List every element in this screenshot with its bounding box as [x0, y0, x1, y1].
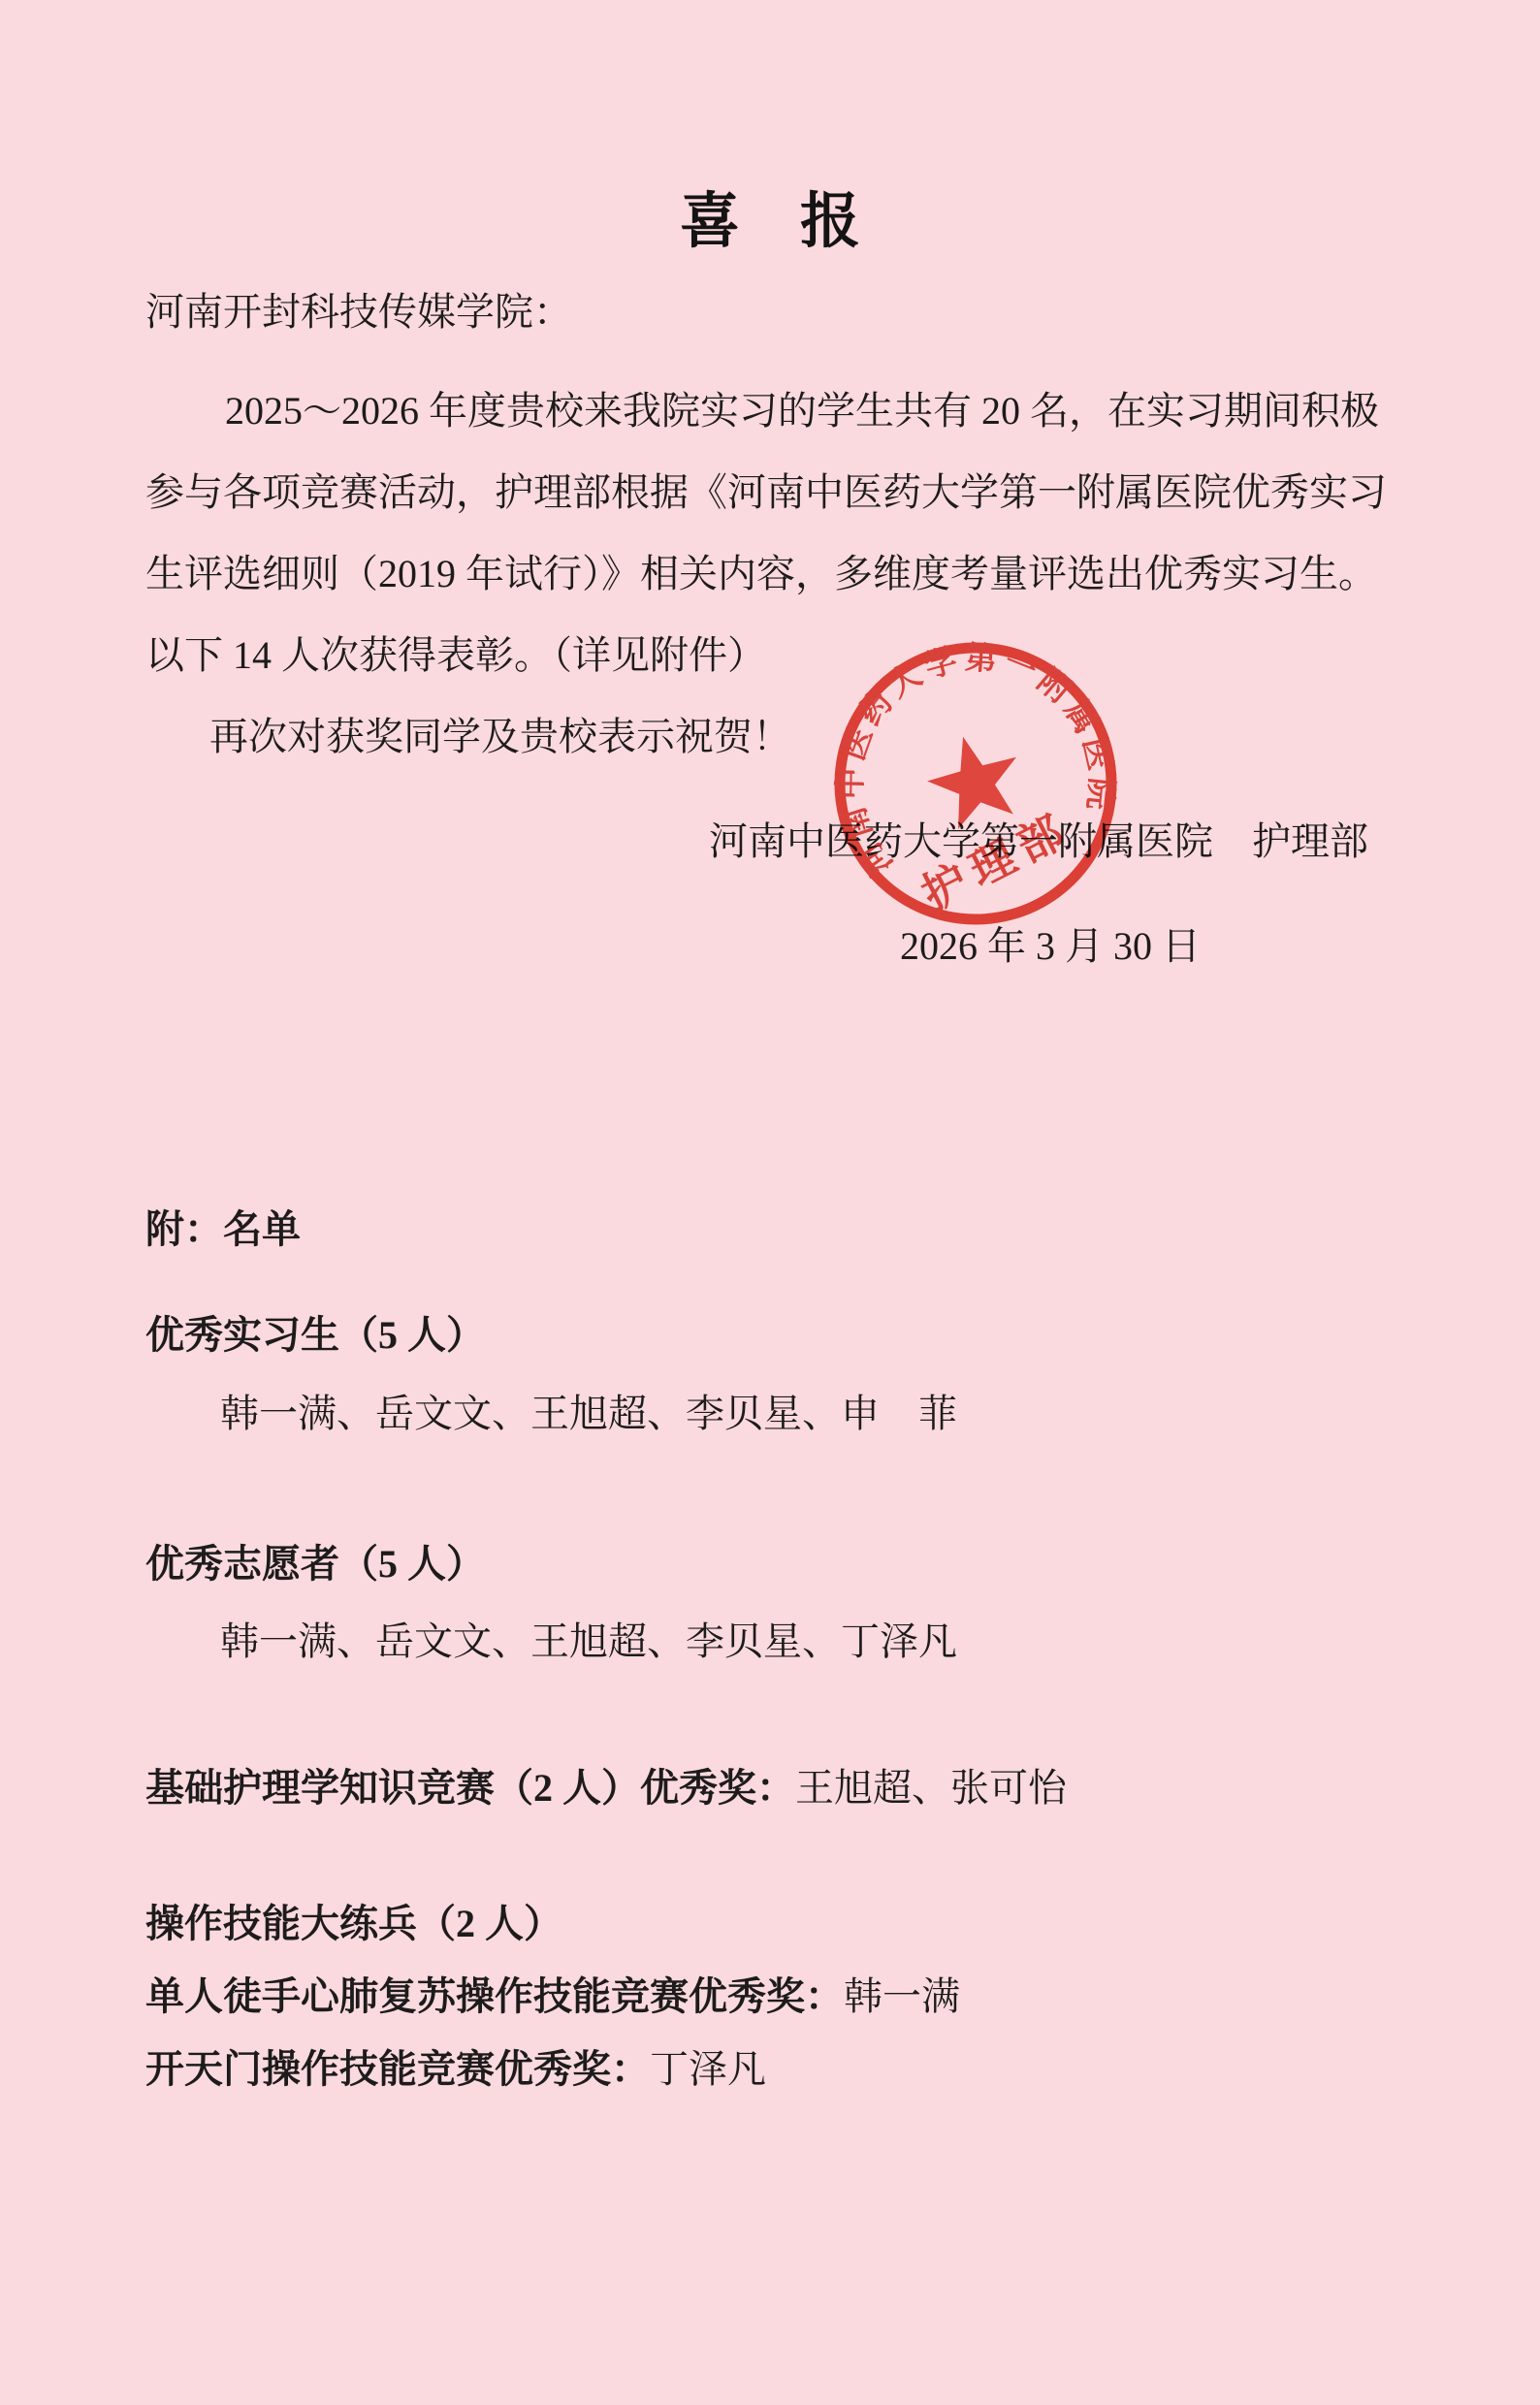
award-winner: 韩一满 [844, 1974, 960, 2018]
section-nursing-knowledge-contest: 基础护理学知识竞赛（2 人）优秀奖：王旭超、张可怡 [145, 1751, 1395, 1824]
notice-page: 喜 报 河南开封科技传媒学院： 2025～2026 年度贵校来我院实习的学生共有… [0, 0, 1540, 2405]
section-names-outstanding-interns: 韩一满、岳文文、王旭超、李贝星、申 菲 [145, 1377, 1395, 1450]
award-line-cpr-contest: 单人徒手心肺复苏操作技能竞赛优秀奖：韩一满 [145, 1960, 1395, 2033]
body-paragraph: 2025～2026 年度贵校来我院实习的学生共有 20 名，在实习期间积极 参与… [145, 370, 1395, 696]
award-line-kaitianmen-contest: 开天门操作技能竞赛优秀奖：丁泽凡 [145, 2033, 1395, 2105]
section-title-outstanding-interns: 优秀实习生（5 人） [145, 1299, 1395, 1371]
award-label: 基础护理学知识竞赛（2 人）优秀奖： [145, 1766, 795, 1810]
award-winner: 丁泽凡 [650, 2047, 766, 2091]
congrats-line: 再次对获奖同学及贵校表示祝贺！ [145, 696, 1395, 778]
award-label: 开天门操作技能竞赛优秀奖： [145, 2047, 650, 2091]
award-label: 单人徒手心肺复苏操作技能竞赛优秀奖： [145, 1974, 844, 2018]
signature-line: 河南中医药大学第一附属医院 护理部 [145, 801, 1395, 882]
attachment-heading: 附：名单 [145, 1193, 1395, 1266]
body-line: 2025～2026 年度贵校来我院实习的学生共有 20 名，在实习期间积极 [145, 370, 1395, 452]
award-winners: 王旭超、张可怡 [795, 1766, 1067, 1810]
body-line: 以下 14 人次获得表彰。（详见附件） [145, 615, 1395, 696]
notice-content: 喜 报 河南开封科技传媒学院： 2025～2026 年度贵校来我院实习的学生共有… [0, 192, 1540, 2105]
body-line: 参与各项竞赛活动，护理部根据《河南中医药大学第一附属医院优秀实习 [145, 452, 1395, 533]
section-title-skills-drill: 操作技能大练兵（2 人） [145, 1887, 1395, 1960]
section-names-outstanding-volunteers: 韩一满、岳文文、王旭超、李贝星、丁泽凡 [145, 1605, 1395, 1678]
page-title: 喜 报 [145, 192, 1395, 252]
salutation-line: 河南开封科技传媒学院： [145, 291, 1395, 334]
date-line: 2026 年 3 月 30 日 [145, 906, 1395, 987]
body-line: 生评选细则（2019 年试行）》相关内容，多维度考量评选出优秀实习生。 [145, 533, 1395, 615]
section-title-outstanding-volunteers: 优秀志愿者（5 人） [145, 1527, 1395, 1600]
